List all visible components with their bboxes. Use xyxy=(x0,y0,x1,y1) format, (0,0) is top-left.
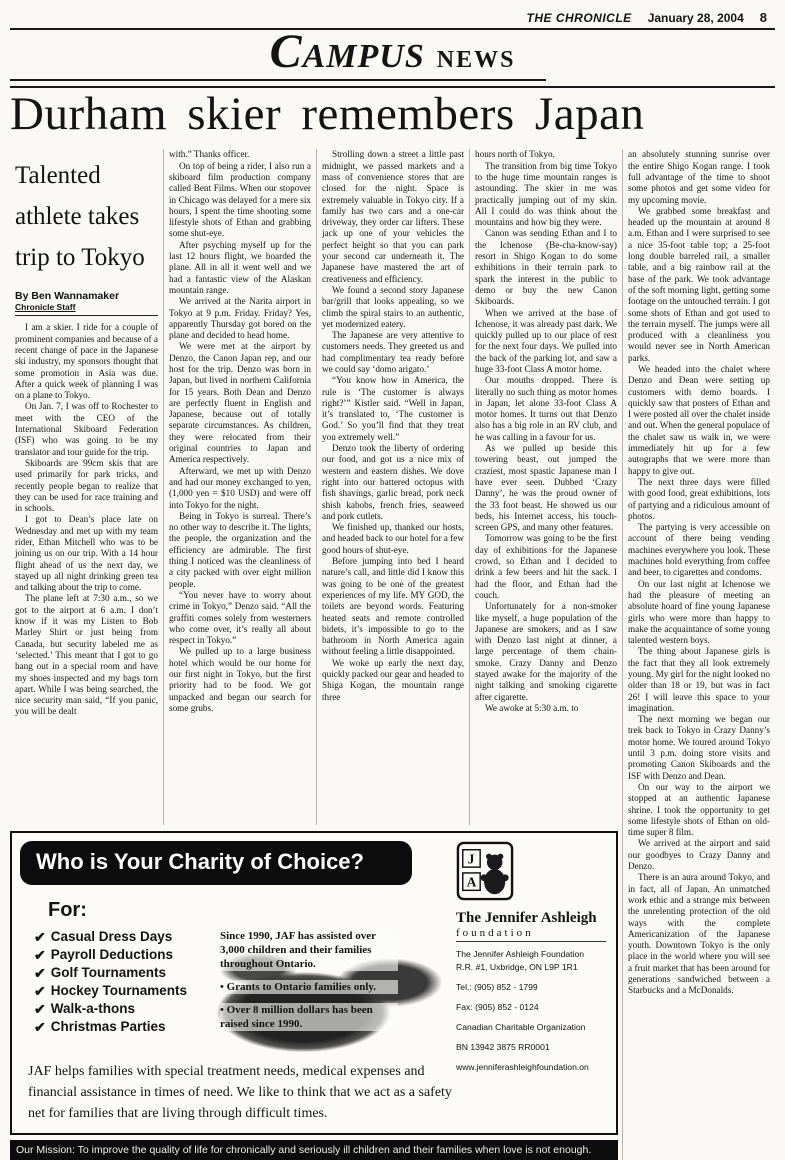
svg-text:A: A xyxy=(467,875,477,890)
org-contact-line: Tel.: (905) 852 - 1799 xyxy=(456,982,606,992)
article-subheadline: Talented athlete takes trip to Tokyo xyxy=(15,155,158,278)
checklist-item: ✔Casual Dress Days xyxy=(34,928,226,946)
byline: By Ben Wannamaker xyxy=(15,290,158,302)
charity-ad: Who is Your Charity of Choice? For: ✔Cas… xyxy=(10,831,618,1135)
ad-title: Who is Your Charity of Choice? xyxy=(20,841,412,885)
paper-name: THE CHRONICLE xyxy=(527,11,632,25)
org-block: J A The Jennifer Ashleigh foundation The… xyxy=(456,841,606,1075)
section-masthead: CAMPUS NEWS xyxy=(10,28,775,77)
svg-text:J: J xyxy=(468,852,475,867)
article-column-2: with.” Thanks officer.On top of being a … xyxy=(163,149,316,825)
org-contact-line: www.jenniferashleighfoundation.on xyxy=(456,1062,606,1072)
mission-bar: Our Mission: To improve the quality of l… xyxy=(10,1140,618,1160)
check-icon: ✔ xyxy=(34,928,46,946)
article-column-3: Strolling down a street a little past mi… xyxy=(316,149,469,825)
org-contact-line: Fax: (905) 852 - 0124 xyxy=(456,1002,606,1012)
check-icon: ✔ xyxy=(34,946,46,964)
org-contact-line: R.R. #1, Uxbridge, ON L9P 1R1 xyxy=(456,962,606,972)
page-header: THE CHRONICLE January 28, 2004 8 xyxy=(10,6,775,28)
ad-fundraiser-list: For: ✔Casual Dress Days✔Payroll Deductio… xyxy=(34,899,226,1036)
org-contact-line: BN 13942 3875 RR0001 xyxy=(456,1042,606,1052)
org-contact-line: The Jennifer Ashleigh Foundation xyxy=(456,949,606,959)
foundation-script-sub: foundation xyxy=(456,927,606,942)
ad-description: JAF helps families with special treatmen… xyxy=(28,1061,452,1124)
for-label: For: xyxy=(48,899,226,922)
checklist-item: ✔Hockey Tournaments xyxy=(34,982,226,1000)
article-headline: Durham skier remembers Japan xyxy=(10,90,775,139)
checklist-item: ✔Christmas Parties xyxy=(34,1018,226,1036)
byline-block: By Ben Wannamaker Chronicle Staff xyxy=(15,290,158,316)
checklist-item: ✔Walk-a-thons xyxy=(34,1000,226,1018)
checklist-item: ✔Payroll Deductions xyxy=(34,946,226,964)
checklist-item: ✔Golf Tournaments xyxy=(34,964,226,982)
check-icon: ✔ xyxy=(34,982,46,1000)
teddy-bear-blocks-logo-icon: J A xyxy=(456,841,514,901)
column-text: I am a skier. I ride for a couple of pro… xyxy=(15,322,158,717)
byline-title: Chronicle Staff xyxy=(15,302,158,312)
foundation-script-name: The Jennifer Ashleigh xyxy=(456,910,606,927)
check-icon: ✔ xyxy=(34,1018,46,1036)
section-title-main: CAMPUS xyxy=(270,32,425,77)
section-title-sub: NEWS xyxy=(437,47,516,74)
issue-date: January 28, 2004 xyxy=(648,11,744,25)
ad-stats: Since 1990, JAF has assisted over 3,000 … xyxy=(220,929,398,1040)
newspaper-page: THE CHRONICLE January 28, 2004 8 CAMPUS … xyxy=(0,0,785,1160)
masthead-rule-short xyxy=(10,79,546,81)
article-body: Talented athlete takes trip to Tokyo By … xyxy=(10,149,775,1160)
article-column-5: an absolutely stunning sunrise over the … xyxy=(622,149,775,1160)
article-column-1: Talented athlete takes trip to Tokyo By … xyxy=(10,149,163,825)
org-contact-block: The Jennifer Ashleigh FoundationR.R. #1,… xyxy=(456,949,606,1072)
page-number: 8 xyxy=(760,10,767,25)
org-contact-line: Canadian Charitable Organization xyxy=(456,1022,606,1032)
check-icon: ✔ xyxy=(34,1000,46,1018)
charity-checklist: ✔Casual Dress Days✔Payroll Deductions✔Go… xyxy=(34,928,226,1036)
article-column-4: hours north of Tokyo.The transition from… xyxy=(469,149,622,825)
check-icon: ✔ xyxy=(34,964,46,982)
